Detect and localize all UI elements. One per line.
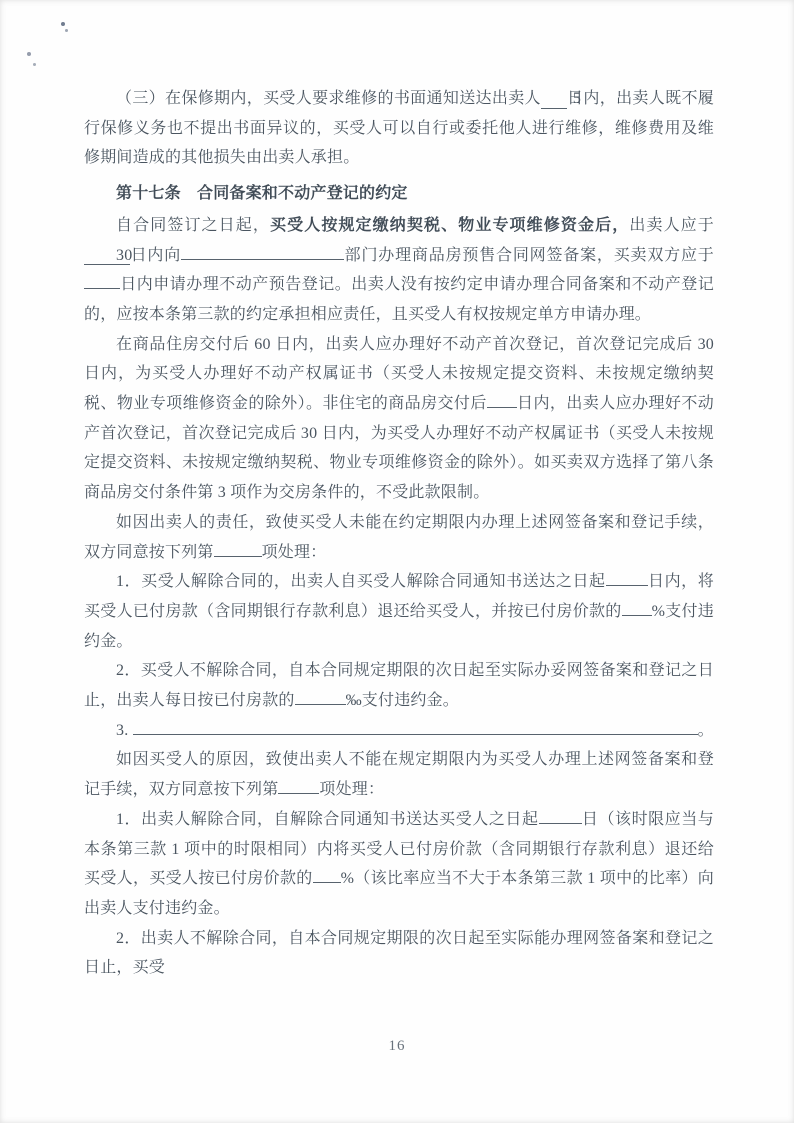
- preregistration-days-blank: [84, 287, 120, 289]
- text-run: 自合同签订之日起，: [116, 217, 270, 234]
- seller-fault-intro-paragraph: 如因出卖人的责任，致使买受人未能在约定期限内办理上述网签备案和登记手续，双方同意…: [84, 508, 714, 567]
- text-run: 日内向: [130, 247, 181, 264]
- buyer-fault-option-1: 1．出卖人解除合同，自解除合同通知书送达买受人之日起日（该时限应当与本条第三款 …: [84, 805, 714, 924]
- repair-notice-days-blank: 5: [541, 91, 567, 109]
- filing-department-blank: [181, 258, 344, 260]
- text-run: 1．买受人解除合同的，出卖人自买受人解除合同通知书送达之日起: [116, 573, 606, 590]
- refund-days-blank: [606, 584, 648, 586]
- nonresidential-days-blank: [487, 406, 517, 408]
- filing-obligation-paragraph: 自合同签订之日起，买受人按规定缴纳契税、物业专项维修资金后，出卖人应于30日内向…: [84, 211, 714, 330]
- text-run: 日内申请办理不动产预告登记。出卖人没有按约定申请办理合同备案和不动产登记的，应按…: [84, 276, 714, 323]
- text-run: 买受人按规定缴纳契税、物业专项维修资金后，: [270, 217, 629, 234]
- text-run: 2．出卖人不解除合同，自本合同规定期限的次日起至实际能办理网签备案和登记之日止，…: [84, 930, 714, 977]
- daily-penalty-permille-blank: [295, 703, 346, 705]
- text-run: 如因买受人的原因，致使出卖人不能在规定期限内为买受人办理上述网签备案和登记手续，…: [84, 751, 714, 798]
- text-run: 项处理：: [262, 544, 327, 561]
- buyer-fault-option-2: 2．出卖人不解除合同，自本合同规定期限的次日起至实际能办理网签备案和登记之日止，…: [84, 924, 714, 983]
- buyer-fault-option-blank: [278, 792, 319, 794]
- scan-speckle: [27, 52, 31, 56]
- other-remedy-blank: [133, 733, 698, 735]
- first-registration-paragraph: 在商品住房交付后 60 日内，出卖人应办理好不动产首次登记，首次登记完成后 30…: [84, 330, 714, 508]
- seller-refund-days-blank: [539, 822, 582, 824]
- seller-fault-option-blank: [214, 555, 262, 557]
- text-run: 出卖人应于: [629, 217, 714, 234]
- text-run: 3.: [116, 722, 133, 739]
- warranty-repair-clause-3: （三）在保修期内，买受人要求维修的书面通知送达出卖人5日内，出卖人既不履行保修义…: [84, 84, 714, 173]
- penalty-percent-blank: [622, 614, 652, 616]
- page-number: 16: [0, 1038, 794, 1055]
- seller-fault-option-2: 2．买受人不解除合同，自本合同规定期限的次日起至实际办妥网签备案和登记之日止，出…: [84, 656, 714, 715]
- text-run: ‰支付违约金。: [346, 692, 459, 709]
- scan-speckle: [33, 63, 36, 66]
- text-run: 1．出卖人解除合同，自解除合同通知书送达买受人之日起: [116, 811, 539, 828]
- scan-speckle: [61, 22, 65, 26]
- text-run: 第十七条 合同备案和不动产登记的约定: [116, 185, 408, 202]
- buyer-fault-intro-paragraph: 如因买受人的原因，致使出卖人不能在规定期限内为买受人办理上述网签备案和登记手续，…: [84, 745, 714, 804]
- text-run: 。: [698, 722, 714, 739]
- scanned-contract-page: （三）在保修期内，买受人要求维修的书面通知送达出卖人5日内，出卖人既不履行保修义…: [0, 0, 794, 1123]
- seller-fault-option-3: 3. 。: [84, 716, 714, 746]
- seller-fault-option-1: 1．买受人解除合同的，出卖人自买受人解除合同通知书送达之日起日内，将买受人已付房…: [84, 567, 714, 656]
- article-17-heading: 第十七条 合同备案和不动产登记的约定: [84, 179, 714, 209]
- document-body: （三）在保修期内，买受人要求维修的书面通知送达出卖人5日内，出卖人既不履行保修义…: [84, 84, 714, 983]
- text-run: 项处理：: [319, 781, 384, 798]
- contract-filing-days-blank: 30: [84, 248, 130, 266]
- text-run: （三）在保修期内，买受人要求维修的书面通知送达出卖人: [116, 90, 541, 107]
- scan-speckle: [65, 29, 68, 32]
- text-run: 如因出卖人的责任，致使买受人未能在约定期限内办理上述网签备案和登记手续，双方同意…: [84, 514, 714, 561]
- text-run: 部门办理商品房预售合同网签备案，买卖双方应于: [344, 247, 714, 264]
- buyer-penalty-percent-blank: [313, 881, 341, 883]
